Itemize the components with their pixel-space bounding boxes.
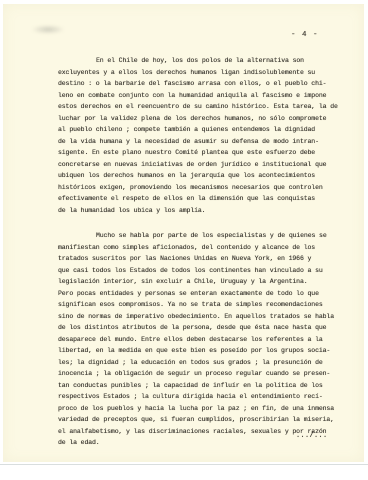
- document-body: En el Chile de hoy, los dos polos de la …: [58, 55, 339, 449]
- scan-edge-line: [0, 464, 368, 465]
- scanned-page: - 4 - En el Chile de hoy, los dos polos …: [0, 0, 368, 480]
- continuation-mark: .../...: [296, 432, 328, 440]
- paper-sheet: - 4 - En el Chile de hoy, los dos polos …: [3, 4, 364, 462]
- page-number: - 4 -: [291, 31, 341, 39]
- paragraph-2: Mucho se habla por parte de los especial…: [58, 230, 339, 449]
- paragraph-1: En el Chile de hoy, los dos polos de la …: [58, 55, 339, 216]
- scan-smudge: [31, 25, 65, 34]
